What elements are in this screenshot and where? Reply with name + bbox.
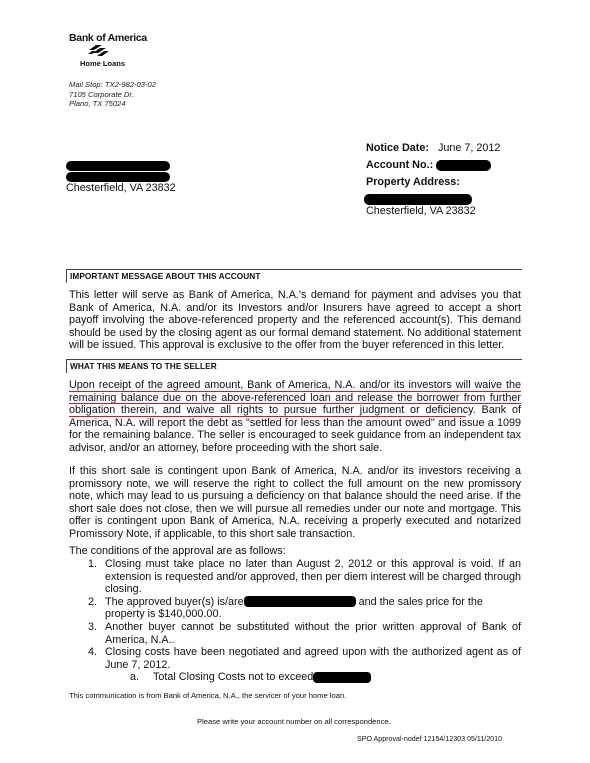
- condition-number: 2.: [88, 596, 97, 609]
- account-redaction: [436, 160, 491, 171]
- notice-date-row: Notice Date: June 7, 2012: [366, 140, 500, 157]
- condition-text: Closing costs have been negotiated and a…: [105, 646, 521, 671]
- section-header-text: IMPORTANT MESSAGE ABOUT THIS ACCOUNT: [70, 271, 260, 281]
- buyer-name-redaction: [244, 596, 356, 607]
- conditions-intro: The conditions of the approval are as fo…: [69, 545, 521, 558]
- notice-info: Notice Date: June 7, 2012 Account No.: P…: [366, 140, 500, 220]
- property-label: Property Address:: [366, 176, 460, 188]
- form-id: SPO Approval-nodef 12154/12303 05/11/201…: [357, 735, 502, 743]
- section-header-important: IMPORTANT MESSAGE ABOUT THIS ACCOUNT: [66, 269, 522, 283]
- recipient-city: Chesterfield, VA 23832: [66, 182, 176, 194]
- property-label-row: Property Address:: [366, 174, 500, 191]
- return-address: Mail Stop: TX2-982-03-02 7105 Corporate …: [69, 80, 156, 109]
- bank-division: Home Loans: [80, 59, 125, 68]
- recipient-street-redaction: [66, 172, 170, 182]
- section-header-seller: WHAT THIS MEANS TO THE SELLER: [66, 359, 522, 373]
- property-line1-row: [366, 191, 500, 203]
- seller-paragraph-promissory: If this short sale is contingent upon Ba…: [69, 465, 521, 541]
- notice-date-value: June 7, 2012: [438, 142, 500, 154]
- closing-cost-redaction: [313, 672, 371, 683]
- condition-item: 2. The approved buyer(s) is/are and the …: [69, 596, 521, 621]
- condition-number: 1.: [88, 558, 97, 571]
- red-underline-annotation: [69, 403, 521, 404]
- correspondence-note: Please write your account number on all …: [197, 717, 391, 726]
- red-underline-annotation: [69, 391, 521, 392]
- mail-stop: Mail Stop: TX2-982-03-02: [69, 80, 156, 90]
- condition-text: Closing must take place no later than Au…: [105, 558, 521, 595]
- condition-text: Another buyer cannot be substituted with…: [105, 621, 521, 646]
- recipient-name-redaction: [66, 161, 170, 171]
- condition-item: 4. Closing costs have been negotiated an…: [69, 646, 521, 671]
- notice-date-label: Notice Date:: [366, 142, 429, 154]
- property-city: Chesterfield, VA 23832: [366, 203, 500, 220]
- recipient-address: Chesterfield, VA 23832: [66, 160, 176, 194]
- return-street: 7105 Corporate Dr.: [69, 90, 156, 100]
- account-label: Account No.:: [366, 159, 433, 171]
- red-underline-annotation: [69, 416, 466, 417]
- condition-item: 1. Closing must take place no later than…: [69, 558, 521, 596]
- conditions-list: 1. Closing must take place no later than…: [69, 558, 521, 684]
- return-city: Plano, TX 75024: [69, 99, 156, 109]
- bank-of-america-flag-icon: [88, 45, 110, 57]
- condition-number: 3.: [88, 621, 97, 634]
- subcondition-item: a. Total Closing Costs not to exceed: [69, 671, 521, 684]
- important-message-paragraph: This letter will serve as Bank of Americ…: [69, 289, 521, 352]
- subcondition-text: Total Closing Costs not to exceed: [153, 671, 313, 683]
- subcondition-letter: a.: [130, 671, 139, 684]
- account-row: Account No.:: [366, 157, 500, 174]
- bank-logo-name: Bank of America: [69, 32, 147, 44]
- condition-number: 4.: [88, 646, 97, 659]
- servicer-note: This communication is from Bank of Ameri…: [69, 691, 346, 700]
- condition-item: 3. Another buyer cannot be substituted w…: [69, 621, 521, 646]
- section-header-text: WHAT THIS MEANS TO THE SELLER: [70, 361, 217, 371]
- condition-text: The approved buyer(s) is/are: [105, 596, 244, 608]
